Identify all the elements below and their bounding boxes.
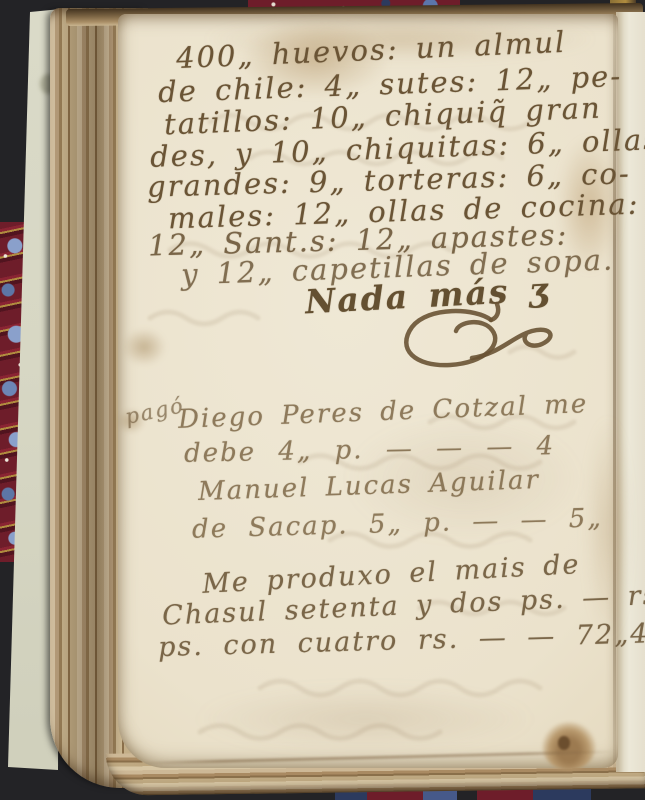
bottom-right-damage-core [558, 736, 570, 750]
account-line: debe 4„ p. — — — 4 [184, 433, 556, 467]
left-margin-spot [122, 328, 166, 366]
bottom-faint-stain [198, 688, 532, 750]
manuscript-scan: 400„ huevos: un almul de chile: 4„ sutes… [0, 0, 645, 800]
